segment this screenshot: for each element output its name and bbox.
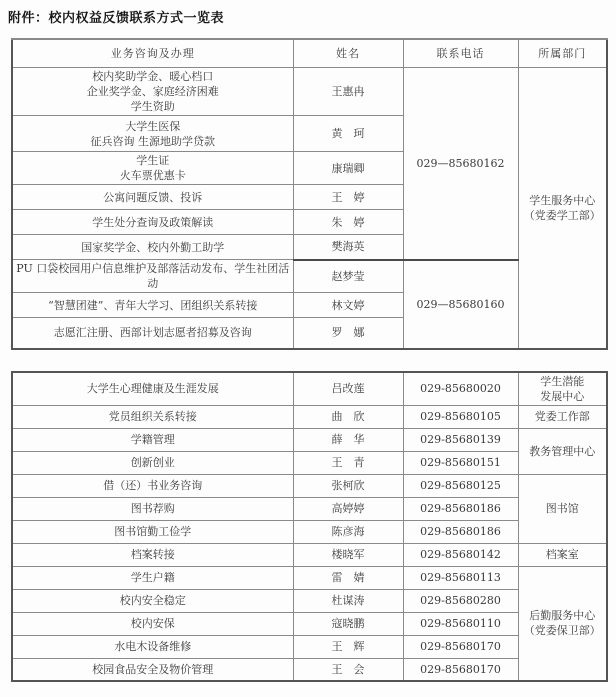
dept-cell: 后勤服务中心 （党委保卫部） <box>518 566 607 681</box>
table-row: 校内奖助学金、暖心档口 企业奖学金、家庭经济困难 学生资助 王惠冉 029—85… <box>12 68 607 116</box>
phone-cell: 029-85680142 <box>403 543 518 566</box>
name-cell: 樊海英 <box>293 235 403 260</box>
dept-line: 发展中心 <box>522 389 604 404</box>
phone-cell: 029—85680160 <box>403 260 518 349</box>
table-row: 党员组织关系转接 曲 欣 029-85680105 党委工作部 <box>12 405 607 428</box>
name-cell: 曲 欣 <box>293 405 403 428</box>
business-cell: 党员组织关系转接 <box>12 405 293 428</box>
business-cell: 公寓问题反馈、投诉 <box>12 185 293 210</box>
business-cell: 校内奖助学金、暖心档口 企业奖学金、家庭经济困难 学生资助 <box>12 68 293 116</box>
business-cell: 大学生医保 征兵咨询 生源地助学贷款 <box>12 116 293 152</box>
name-cell: 黄 珂 <box>293 116 403 152</box>
dept-cell: 党委工作部 <box>518 405 607 428</box>
phone-cell: 029-85680105 <box>403 405 518 428</box>
table-row: 水电木设备维修 王 辉 029-85680170 <box>12 635 607 658</box>
phone-cell: 029-85680151 <box>403 451 518 474</box>
business-line: 征兵咨询 生源地助学贷款 <box>16 134 290 149</box>
business-cell: 学生证 火车票优惠卡 <box>12 152 293 185</box>
business-line: 火车票优惠卡 <box>16 168 290 183</box>
header-business: 业务咨询及办理 <box>12 39 293 68</box>
business-cell: 创新创业 <box>12 451 293 474</box>
dept-cell: 学生潜能 发展中心 <box>518 372 607 406</box>
phone-cell: 029-85680186 <box>403 520 518 543</box>
business-cell: 校园食品安全及物价管理 <box>12 658 293 681</box>
dept-cell: 教务管理中心 <box>518 428 607 474</box>
dept-line: 学生服务中心 <box>522 193 604 208</box>
table-row: 图书荐购 高婷婷 029-85680186 <box>12 497 607 520</box>
business-cell: 学生户籍 <box>12 566 293 589</box>
header-phone: 联系电话 <box>403 39 518 68</box>
name-cell: 康瑞卿 <box>293 152 403 185</box>
table-row: 档案转接 楼晓军 029-85680142 档案室 <box>12 543 607 566</box>
name-cell: 林文婷 <box>293 293 403 318</box>
phone-cell: 029-85680110 <box>403 612 518 635</box>
dept-cell: 学生服务中心 （党委学工部） <box>518 68 607 349</box>
table-row: 借（还）书业务咨询 张柯欣 029-85680125 图书馆 <box>12 474 607 497</box>
name-cell: 楼晓军 <box>293 543 403 566</box>
name-cell: 高婷婷 <box>293 497 403 520</box>
business-cell: 学生处分查询及政策解读 <box>12 210 293 235</box>
name-cell: 杜谋涛 <box>293 589 403 612</box>
table-row: 图书馆勤工俭学 陈彦海 029-85680186 <box>12 520 607 543</box>
business-cell: 图书荐购 <box>12 497 293 520</box>
business-cell: 校内安全稳定 <box>12 589 293 612</box>
business-cell: 借（还）书业务咨询 <box>12 474 293 497</box>
dept-cell: 图书馆 <box>518 474 607 543</box>
phone-cell: 029-85680113 <box>403 566 518 589</box>
dept-line: 学生潜能 <box>522 374 604 389</box>
header-dept: 所属部门 <box>518 39 607 68</box>
business-line: 学生证 <box>16 153 290 168</box>
table-row: 校内安保 寇晓鹏 029-85680110 <box>12 612 607 635</box>
phone-cell: 029-85680170 <box>403 635 518 658</box>
business-cell: 志愿汇注册、西部计划志愿者招募及咨询 <box>12 318 293 349</box>
name-cell: 罗 娜 <box>293 318 403 349</box>
name-cell: 王 辉 <box>293 635 403 658</box>
dept-cell: 档案室 <box>518 543 607 566</box>
name-cell: 吕改莲 <box>293 372 403 406</box>
name-cell: 王 青 <box>293 451 403 474</box>
business-line: 学生资助 <box>16 99 290 114</box>
header-name: 姓名 <box>293 39 403 68</box>
page-title: 附件：校内权益反馈联系方式一览表 <box>0 0 616 26</box>
name-cell: 赵梦莹 <box>293 260 403 293</box>
name-cell: 王 婷 <box>293 185 403 210</box>
business-cell: 档案转接 <box>12 543 293 566</box>
phone-cell: 029-85680125 <box>403 474 518 497</box>
name-cell: 王 会 <box>293 658 403 681</box>
dept-line: （党委学工部） <box>522 208 604 223</box>
contact-table-2: 大学生心理健康及生涯发展 吕改莲 029-85680020 学生潜能 发展中心 … <box>11 371 608 683</box>
phone-cell: 029-85680139 <box>403 428 518 451</box>
dept-line: （党委保卫部） <box>522 623 604 638</box>
table-row: 校内安全稳定 杜谋涛 029-85680280 <box>12 589 607 612</box>
name-cell: 张柯欣 <box>293 474 403 497</box>
table-row: 学籍管理 薛 华 029-85680139 教务管理中心 <box>12 428 607 451</box>
name-cell: 寇晓鹏 <box>293 612 403 635</box>
name-cell: 雷 婧 <box>293 566 403 589</box>
document-page: { "title": "附件：校内权益反馈联系方式一览表", "header":… <box>0 0 616 697</box>
table-row: PU 口袋校园用户信息维护及部落活动发布、学生社团活动 赵梦莹 029—8568… <box>12 260 607 293</box>
business-cell: 学籍管理 <box>12 428 293 451</box>
phone-cell: 029—85680162 <box>403 68 518 260</box>
name-cell: 陈彦海 <box>293 520 403 543</box>
name-cell: 朱 婷 <box>293 210 403 235</box>
business-cell: 校内安保 <box>12 612 293 635</box>
business-cell: PU 口袋校园用户信息维护及部落活动发布、学生社团活动 <box>12 260 293 293</box>
header-row: 业务咨询及办理 姓名 联系电话 所属部门 <box>12 39 607 68</box>
phone-cell: 029-85680280 <box>403 589 518 612</box>
business-line: 大学生医保 <box>16 119 290 134</box>
table-row: 校园食品安全及物价管理 王 会 029-85680170 <box>12 658 607 681</box>
name-cell: 王惠冉 <box>293 68 403 116</box>
name-cell: 薛 华 <box>293 428 403 451</box>
business-cell: 水电木设备维修 <box>12 635 293 658</box>
phone-cell: 029-85680170 <box>403 658 518 681</box>
phone-cell: 029-85680020 <box>403 372 518 406</box>
table-row: 学生户籍 雷 婧 029-85680113 后勤服务中心 （党委保卫部） <box>12 566 607 589</box>
business-cell: “智慧团建”、青年大学习、团组织关系转接 <box>12 293 293 318</box>
business-cell: 图书馆勤工俭学 <box>12 520 293 543</box>
dept-line: 后勤服务中心 <box>522 608 604 623</box>
business-cell: 大学生心理健康及生涯发展 <box>12 372 293 406</box>
business-cell: 国家奖学金、校内外勤工助学 <box>12 235 293 260</box>
phone-cell: 029-85680186 <box>403 497 518 520</box>
business-line: 企业奖学金、家庭经济困难 <box>16 84 290 99</box>
table-row: 大学生心理健康及生涯发展 吕改莲 029-85680020 学生潜能 发展中心 <box>12 372 607 406</box>
business-line: 校内奖助学金、暖心档口 <box>16 69 290 84</box>
table-row: 创新创业 王 青 029-85680151 <box>12 451 607 474</box>
contact-table-1: 业务咨询及办理 姓名 联系电话 所属部门 校内奖助学金、暖心档口 企业奖学金、家… <box>11 38 608 350</box>
